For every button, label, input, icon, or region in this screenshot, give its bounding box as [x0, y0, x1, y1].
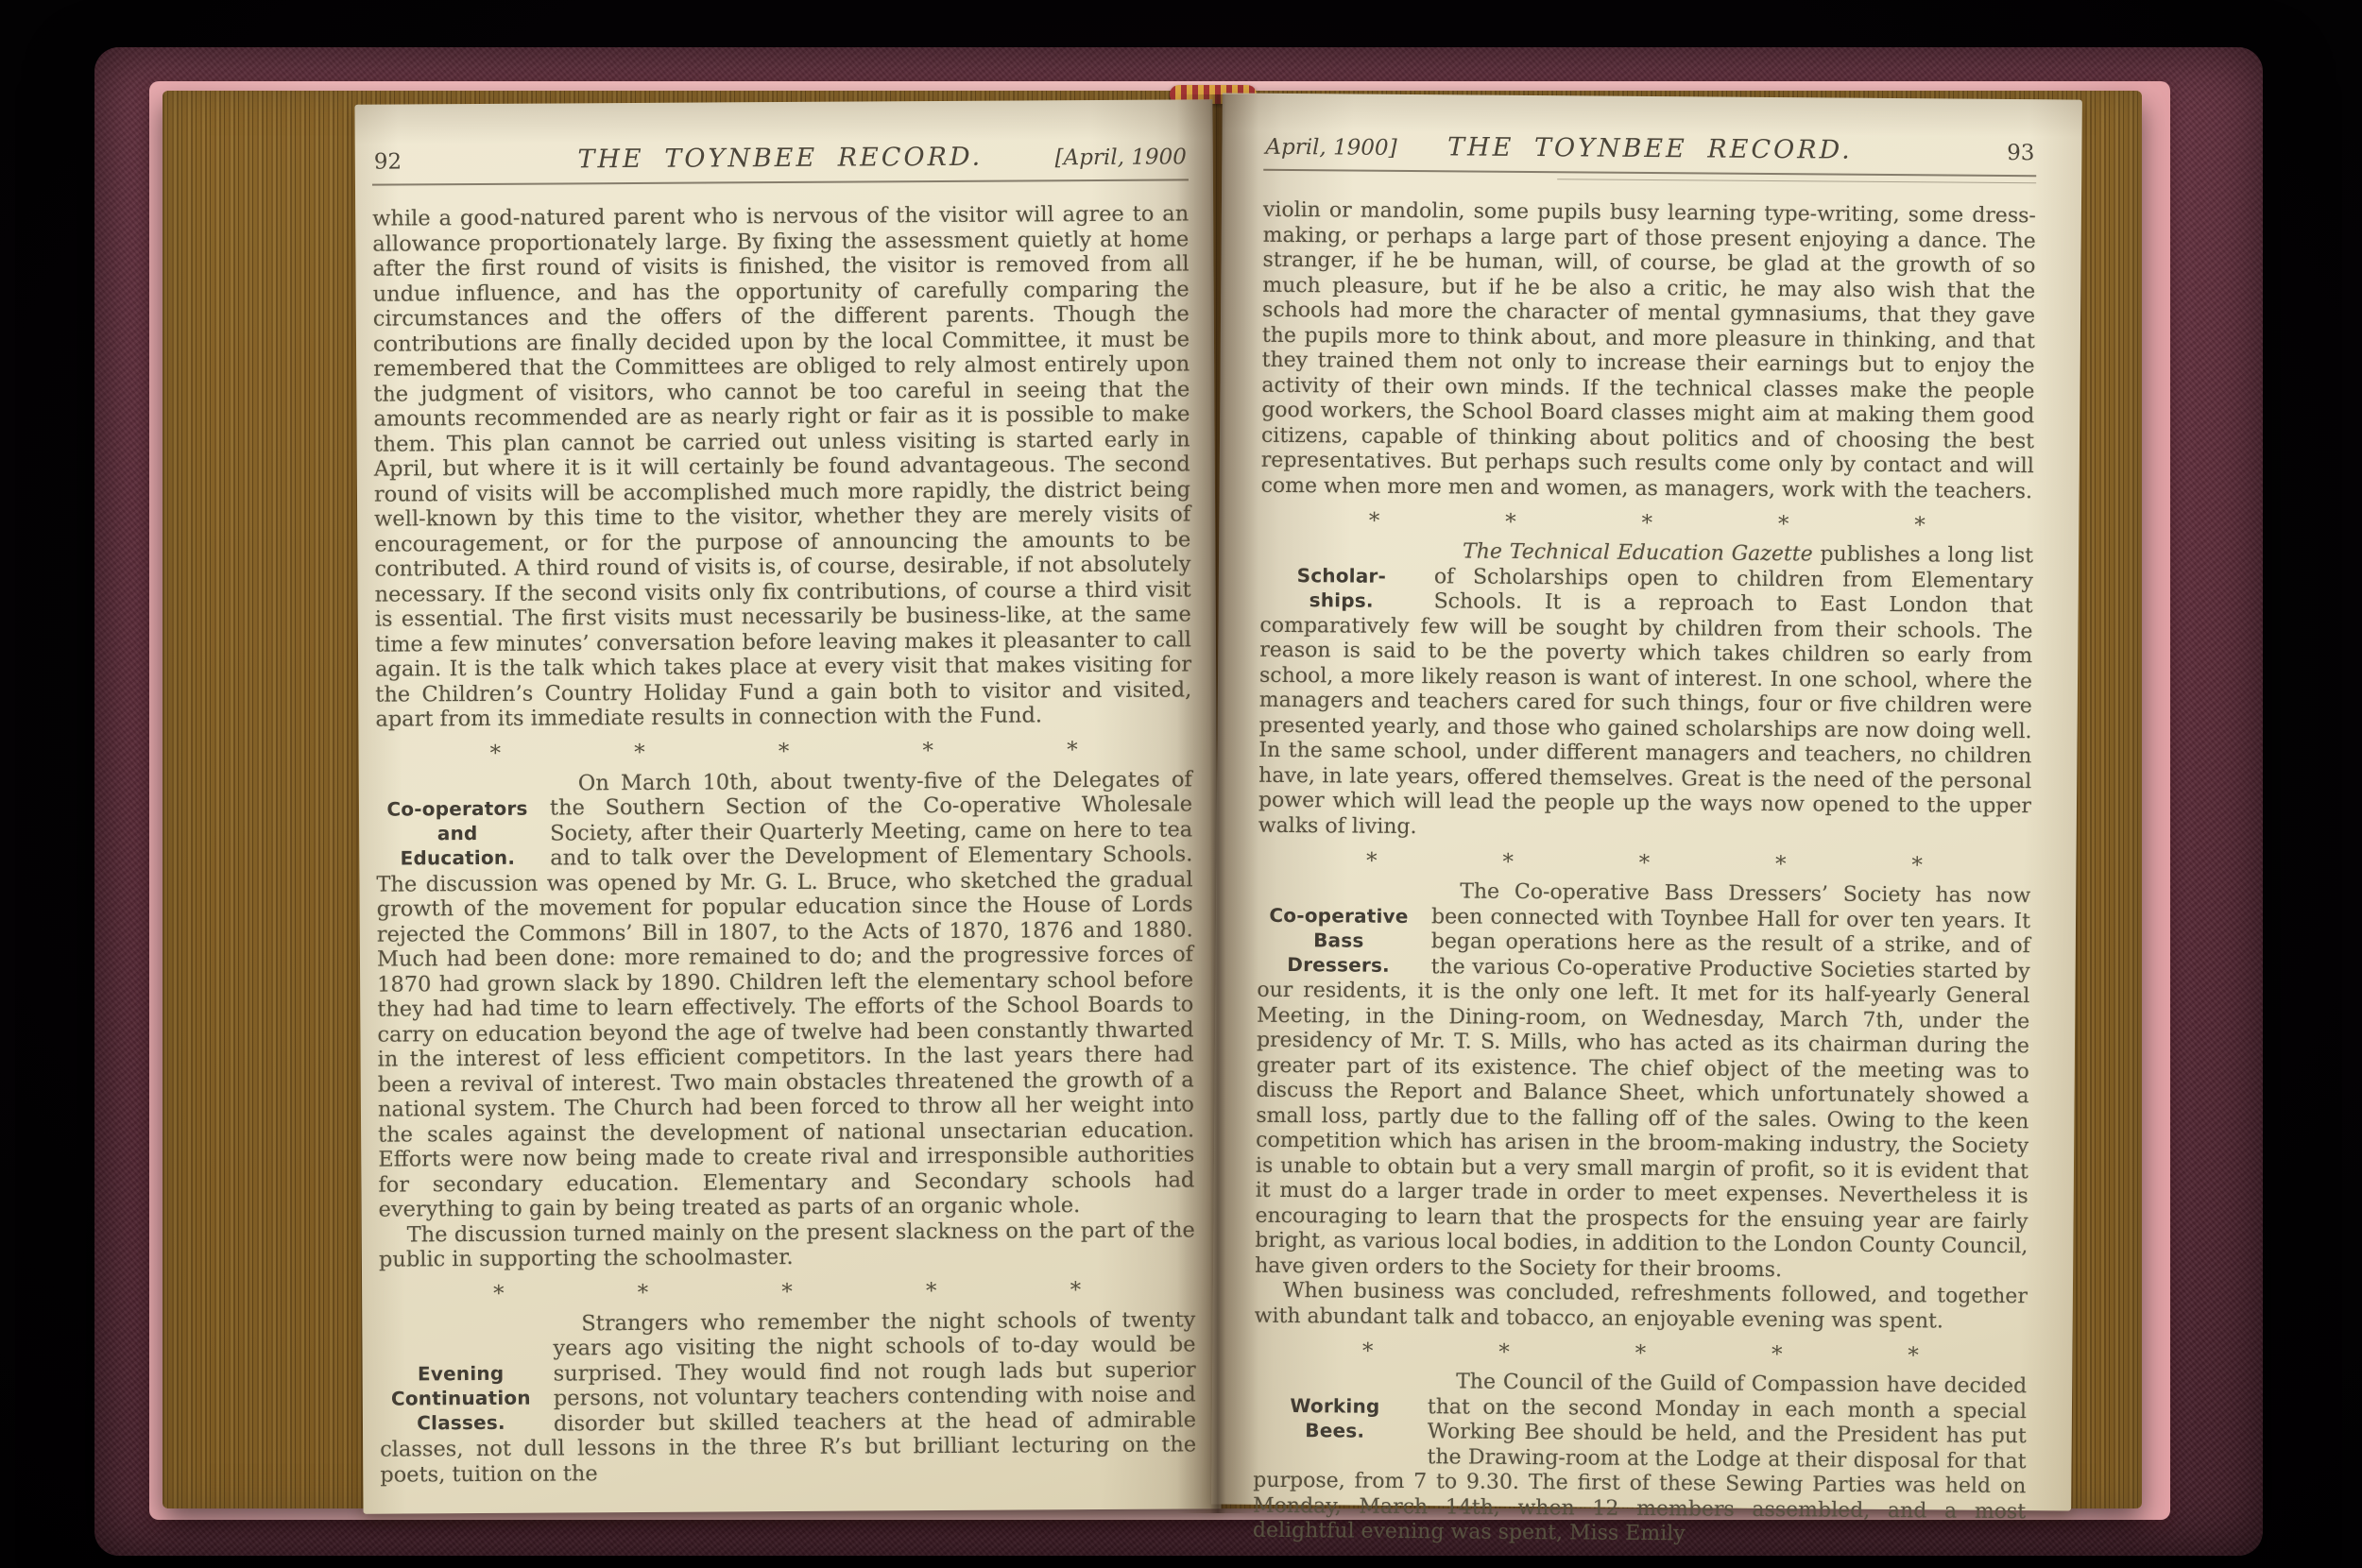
side-heading: Scholar- ships.: [1260, 538, 1424, 613]
section-cooperators-and-education: Co-operators and Education. On March 10t…: [376, 767, 1195, 1272]
side-heading: Co-operative Bass Dressers.: [1258, 878, 1421, 978]
side-heading-line: Scholar-: [1260, 563, 1423, 588]
header-rule: [1263, 169, 2036, 177]
asterisk: *: [1498, 1340, 1510, 1365]
page-number: 93: [1853, 140, 2035, 166]
asterisk: *: [1505, 510, 1516, 535]
section-body-continued: The discussion turned mainly on the pres…: [379, 1218, 1195, 1272]
side-heading-line: Classes.: [380, 1409, 542, 1435]
asterisk: *: [1362, 1339, 1374, 1364]
asterisk: *: [638, 1280, 649, 1304]
open-book: 92 THE TOYNBEE RECORD. [April, 1900 whil…: [94, 47, 2263, 1556]
asterisk: *: [1908, 1343, 1919, 1368]
issue-date: April, 1900]: [1265, 135, 1447, 162]
side-heading-line: and: [376, 820, 539, 845]
asterisk-separator: * * * * *: [1362, 1339, 1919, 1369]
section-cooperative-bass-dressers: Co-operative Bass Dressers. The Co-opera…: [1255, 878, 2031, 1335]
asterisk: *: [1778, 512, 1789, 537]
side-heading: Evening Continuation Classes.: [379, 1311, 542, 1435]
asterisk-separator: * * * * *: [1366, 849, 1923, 878]
side-heading-line: Bass: [1258, 928, 1420, 953]
running-title: THE TOYNBEE RECORD.: [1447, 132, 1853, 164]
asterisk: *: [1635, 1341, 1647, 1366]
asterisk-separator: * * * * *: [493, 1278, 1081, 1306]
asterisk: *: [1639, 851, 1651, 876]
asterisk: *: [634, 740, 645, 764]
issue-date: [April, 1900: [983, 145, 1187, 170]
side-heading-line: ships.: [1260, 588, 1423, 613]
asterisk: *: [1641, 511, 1652, 536]
running-title: THE TOYNBEE RECORD.: [577, 143, 983, 175]
asterisk: *: [1070, 1278, 1082, 1303]
asterisk-separator: * * * * *: [1369, 509, 1926, 538]
asterisk: *: [781, 1279, 793, 1304]
side-heading-line: Co-operators: [376, 795, 539, 821]
side-heading-line: Working: [1254, 1393, 1416, 1419]
asterisk: *: [922, 739, 933, 763]
asterisk: *: [490, 741, 502, 765]
asterisk: *: [1771, 1342, 1783, 1367]
section-evening-continuation-classes: Evening Continuation Classes. Strangers …: [379, 1307, 1196, 1488]
page-number: 92: [374, 148, 578, 174]
left-page-header: 92 THE TOYNBEE RECORD. [April, 1900: [374, 141, 1187, 175]
left-page: 92 THE TOYNBEE RECORD. [April, 1900 whil…: [354, 99, 1221, 1514]
asterisk: *: [779, 739, 790, 763]
opening-paragraph: while a good-natured parent who is nervo…: [372, 201, 1191, 732]
asterisk: *: [1366, 849, 1378, 874]
asterisk: *: [493, 1281, 505, 1305]
asterisk-separator: * * * * *: [490, 738, 1078, 766]
journal-title-italic: The Technical Education Gazette: [1463, 539, 1813, 566]
side-heading: Co-operators and Education.: [376, 771, 539, 870]
right-page-header: April, 1900] THE TOYNBEE RECORD. 93: [1265, 131, 2034, 166]
asterisk: *: [1067, 738, 1078, 762]
side-heading-line: Education.: [376, 844, 539, 870]
side-heading-line: Evening: [380, 1360, 542, 1386]
asterisk: *: [1911, 853, 1923, 878]
right-page: April, 1900] THE TOYNBEE RECORD. 93 viol…: [1211, 93, 2082, 1510]
asterisk: *: [926, 1279, 937, 1304]
section-scholarships: Scholar- ships. The Technical Education …: [1258, 538, 2033, 844]
side-heading-line: Co-operative: [1258, 903, 1420, 929]
section-body-continued: When business was concluded, refreshment…: [1255, 1279, 2028, 1335]
side-heading-line: Dressers.: [1258, 952, 1420, 978]
header-rule: [372, 179, 1189, 185]
asterisk: *: [1502, 850, 1514, 875]
asterisk: *: [1369, 509, 1380, 534]
opening-paragraph: violin or mandolin, some pupils busy lea…: [1261, 198, 2036, 504]
photo-background: 92 THE TOYNBEE RECORD. [April, 1900 whil…: [0, 0, 2362, 1568]
side-heading-line: Bees.: [1254, 1418, 1416, 1443]
side-heading-line: Continuation: [380, 1385, 542, 1410]
header-rule-secondary: [1557, 179, 2036, 183]
section-working-bees: Working Bees. The Council of the Guild o…: [1253, 1369, 2027, 1550]
side-heading: Working Bees.: [1253, 1369, 1416, 1468]
asterisk: *: [1775, 852, 1787, 877]
asterisk: *: [1914, 513, 1926, 537]
